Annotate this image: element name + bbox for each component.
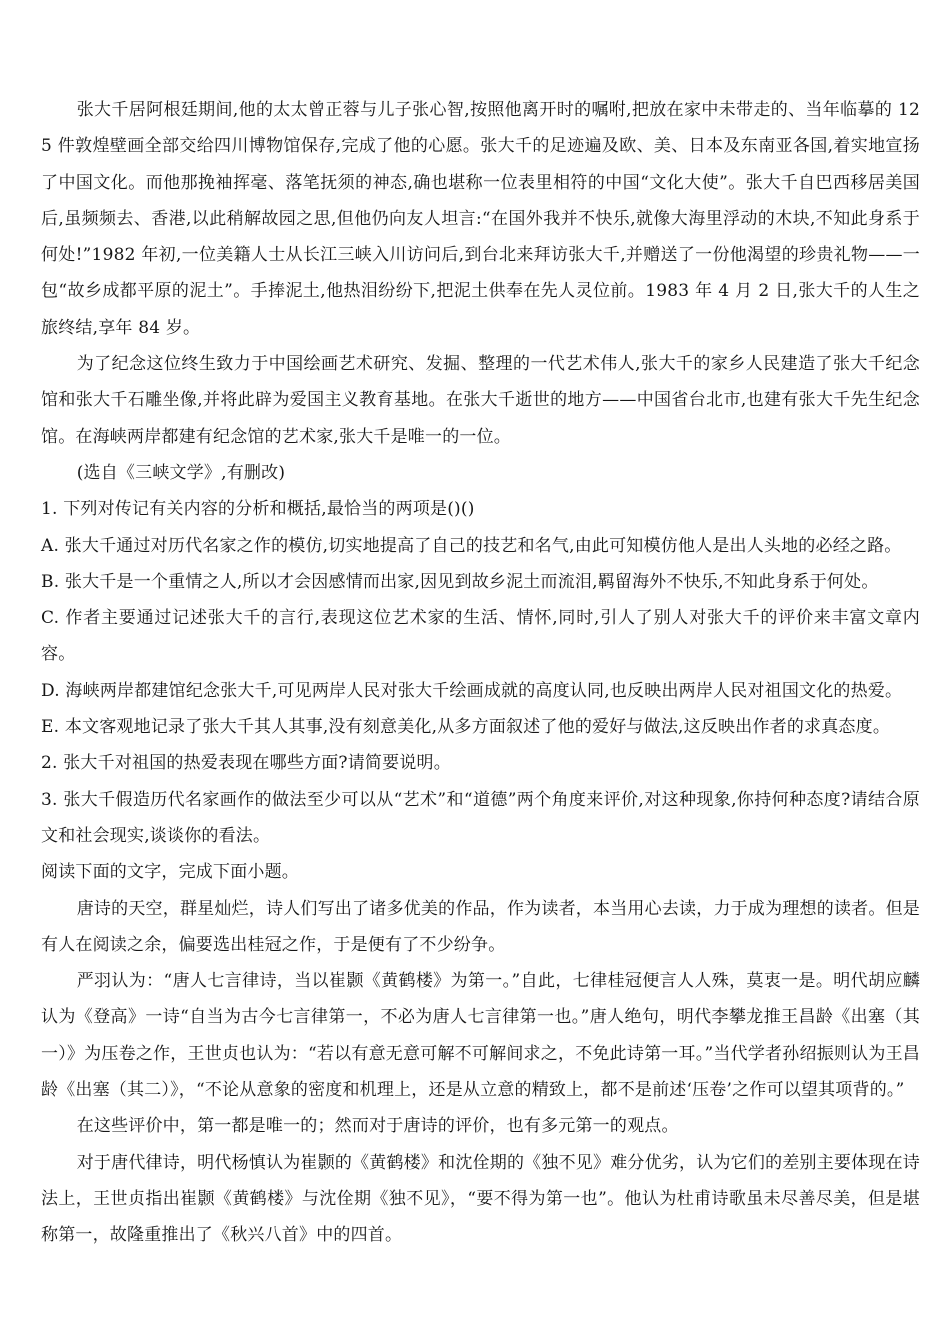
- question-3: 3. 张大千假造历代名家画作的做法至少可以从“艺术”和“道德”两个角度来评价,对…: [41, 782, 920, 855]
- passage-tangshi-paragraph-1: 唐诗的天空，群星灿烂，诗人们写出了诸多优美的作品，作为读者，本当用心去读，力于成…: [41, 891, 920, 964]
- source-attribution: (选自《三峡文学》,有删改): [41, 455, 920, 491]
- option-b: B. 张大千是一个重情之人,所以才会因感情而出家,因见到故乡泥土而流泪,羁留海外…: [41, 564, 920, 600]
- passage-tangshi-paragraph-4: 对于唐代律诗，明代杨慎认为崔颢的《黄鹤楼》和沈佺期的《独不见》难分优劣，认为它们…: [41, 1145, 920, 1254]
- option-a: A. 张大千通过对历代名家之作的模仿,切实地提高了自己的技艺和名气,由此可知模仿…: [41, 528, 920, 564]
- passage-bio-paragraph-2: 为了纪念这位终生致力于中国绘画艺术研究、发掘、整理的一代艺术伟人,张大千的家乡人…: [41, 346, 920, 455]
- document-page: 张大千居阿根廷期间,他的太太曾正蓉与儿子张心智,按照他离开时的嘱咐,把放在家中未…: [0, 0, 950, 1344]
- option-d: D. 海峡两岸都建馆纪念张大千,可见两岸人民对张大千绘画成就的高度认同,也反映出…: [41, 673, 920, 709]
- passage-bio-paragraph-1: 张大千居阿根廷期间,他的太太曾正蓉与儿子张心智,按照他离开时的嘱咐,把放在家中未…: [41, 92, 920, 346]
- document-text-block: 张大千居阿根廷期间,他的太太曾正蓉与儿子张心智,按照他离开时的嘱咐,把放在家中未…: [41, 92, 920, 1254]
- question-2: 2. 张大千对祖国的热爱表现在哪些方面?请简要说明。: [41, 745, 920, 781]
- option-e: E. 本文客观地记录了张大千其人其事,没有刻意美化,从多方面叙述了他的爱好与做法…: [41, 709, 920, 745]
- option-c: C. 作者主要通过记述张大千的言行,表现这位艺术家的生活、情怀,同时,引人了别人…: [41, 600, 920, 673]
- passage-tangshi-paragraph-3: 在这些评价中，第一都是唯一的；然而对于唐诗的评价，也有多元第一的观点。: [41, 1108, 920, 1144]
- reading-instruction: 阅读下面的文字，完成下面小题。: [41, 854, 920, 890]
- question-1: 1. 下列对传记有关内容的分析和概括,最恰当的两项是()(): [41, 491, 920, 527]
- passage-tangshi-paragraph-2: 严羽认为：“唐人七言律诗，当以崔颢《黄鹤楼》为第一。”自此，七律桂冠便言人人殊，…: [41, 963, 920, 1108]
